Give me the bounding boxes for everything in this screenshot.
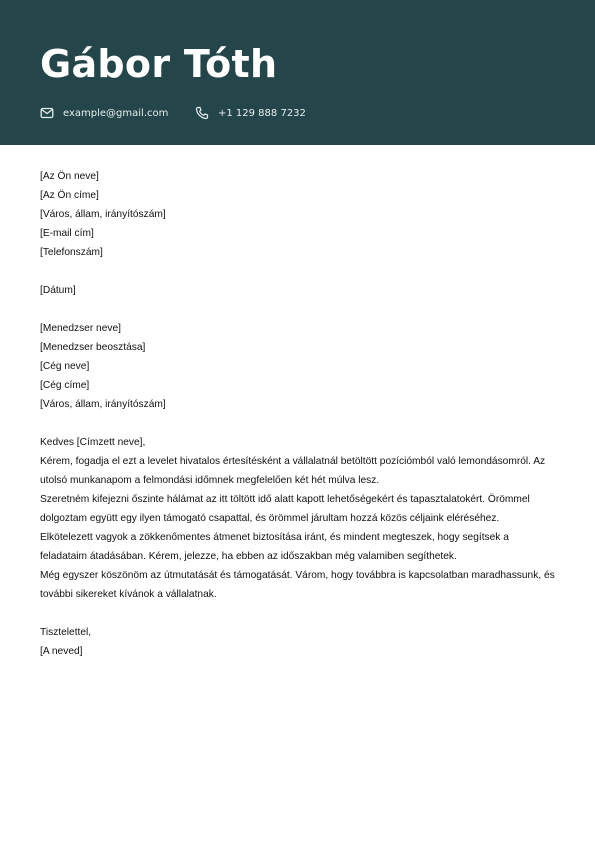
recipient-manager-name: [Menedzser neve] xyxy=(40,319,560,338)
sender-city: [Város, állam, irányítószám] xyxy=(40,205,560,224)
recipient-company-address: [Cég címe] xyxy=(40,376,560,395)
body-line: Még egyszer köszönöm az útmutatását és t… xyxy=(40,566,560,585)
signature: [A neved] xyxy=(40,642,560,661)
sender-address: [Az Ön címe] xyxy=(40,186,560,205)
recipient-manager-title: [Menedzser beosztása] xyxy=(40,338,560,357)
body-line: utolsó munkanapom a felmondási időmnek m… xyxy=(40,471,560,490)
body-line: Kérem, fogadja el ezt a levelet hivatalo… xyxy=(40,452,560,471)
header-banner: Gábor Tóth example@gmail.com +1 129 888 … xyxy=(0,0,595,145)
greeting: Kedves [Címzett neve], xyxy=(40,433,560,452)
sender-phone: [Telefonszám] xyxy=(40,243,560,262)
letter-body: [Az Ön neve] [Az Ön címe] [Város, állam,… xyxy=(40,167,560,661)
closing: Tisztelettel, xyxy=(40,623,560,642)
email-text: example@gmail.com xyxy=(63,108,168,119)
applicant-name: Gábor Tóth xyxy=(40,40,277,88)
recipient-city: [Város, állam, irányítószám] xyxy=(40,395,560,414)
body-line: dolgoztam együtt egy ilyen támogató csap… xyxy=(40,509,560,528)
body-line: Elkötelezett vagyok a zökkenőmentes átme… xyxy=(40,528,560,547)
sender-email: [E-mail cím] xyxy=(40,224,560,243)
phone-icon xyxy=(195,106,209,120)
phone-text: +1 129 888 7232 xyxy=(218,108,306,119)
body-line: Szeretném kifejezni őszinte hálámat az i… xyxy=(40,490,560,509)
contact-phone: +1 129 888 7232 xyxy=(195,104,306,122)
envelope-icon xyxy=(40,106,54,120)
letter-date: [Dátum] xyxy=(40,281,560,300)
body-line: további sikereket kívánok a vállalatnak. xyxy=(40,585,560,604)
body-line: feladataim átadásában. Kérem, jelezze, h… xyxy=(40,547,560,566)
sender-name: [Az Ön neve] xyxy=(40,167,560,186)
recipient-company-name: [Cég neve] xyxy=(40,357,560,376)
contact-email: example@gmail.com xyxy=(40,104,168,122)
